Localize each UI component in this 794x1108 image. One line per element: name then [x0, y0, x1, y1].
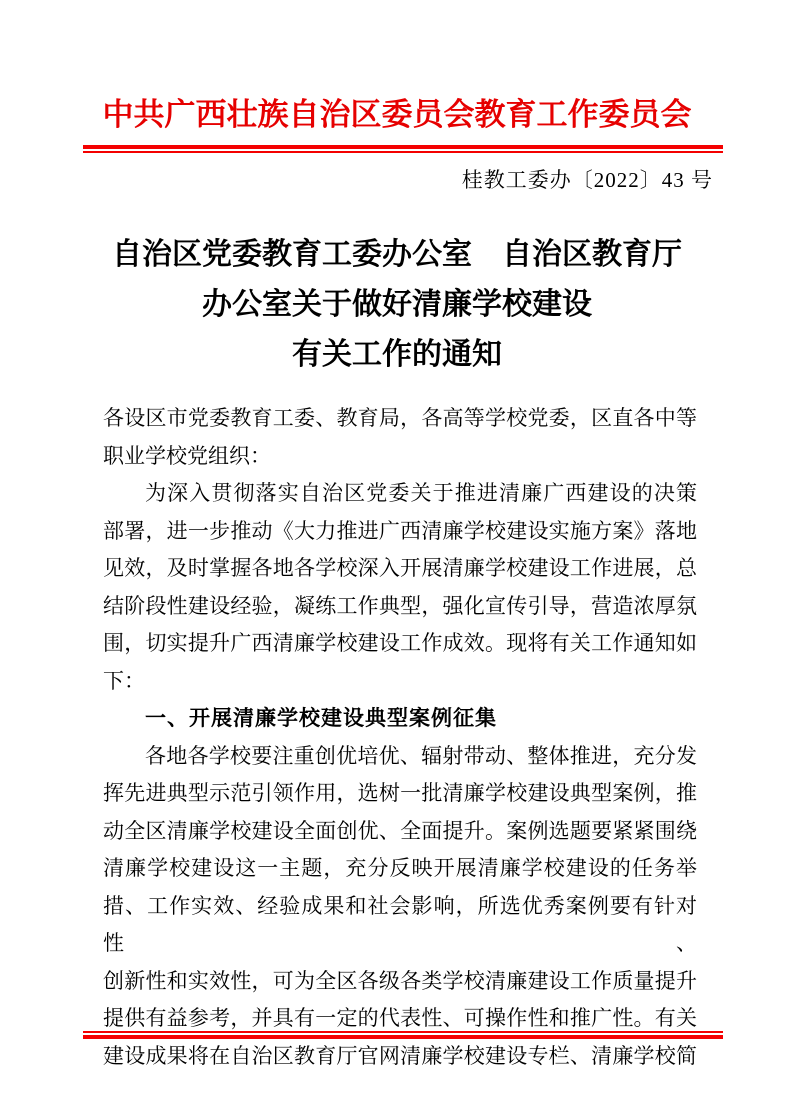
body-line: 动全区清廉学校建设全面创优、全面提升。案例选题要紧紧围绕 [103, 813, 697, 851]
body-line: 清廉学校建设这一主题，充分反映开展清廉学校建设的任务举 [103, 850, 697, 888]
red-separator-top-thin-bar [83, 151, 723, 153]
body-line: 结阶段性建设经验，凝练工作典型，强化宣传引导，营造浓厚氛 [103, 588, 697, 626]
section-heading: 一、开展清廉学校建设典型案例征集 [103, 700, 697, 738]
document-body: 各设区市党委教育工委、教育局，各高等学校党委，区直各中等 职业学校党组织： 为深… [103, 400, 697, 1075]
title-line-1: 自治区党委教育工委办公室 自治区教育厅 [0, 230, 794, 280]
body-line: 措、工作实效、经验成果和社会影响，所选优秀案例要有针对性、 [103, 888, 697, 963]
body-line: 创新性和实效性，可为全区各级各类学校清廉建设工作质量提升 [103, 963, 697, 1001]
title-line-3: 有关工作的通知 [0, 330, 794, 380]
body-line: 见效，及时掌握各地各学校深入开展清廉学校建设工作进展，总 [103, 550, 697, 588]
issuer-name: 中共广西壮族自治区委员会教育工作委员会 [0, 89, 794, 134]
body-line: 挥先进典型示范引领作用，选树一批清廉学校建设典型案例，推 [103, 775, 697, 813]
body-line: 下： [103, 663, 697, 701]
red-separator-bottom [83, 1031, 723, 1039]
body-line: 职业学校党组织： [103, 438, 697, 476]
title-line-2: 办公室关于做好清廉学校建设 [0, 280, 794, 330]
body-line: 各设区市党委教育工委、教育局，各高等学校党委，区直各中等 [103, 400, 697, 438]
document-page: 中共广西壮族自治区委员会教育工作委员会 桂教工委办〔2022〕43 号 自治区党… [0, 0, 794, 1108]
body-line: 围，切实提升广西清廉学校建设工作成效。现将有关工作通知如 [103, 625, 697, 663]
body-line: 为深入贯彻落实自治区党委关于推进清廉广西建设的决策 [103, 475, 697, 513]
red-separator-top [83, 145, 723, 153]
body-line: 部署，进一步推动《大力推进广西清廉学校建设实施方案》落地 [103, 513, 697, 551]
document-title: 自治区党委教育工委办公室 自治区教育厅 办公室关于做好清廉学校建设 有关工作的通… [0, 230, 794, 380]
body-line: 各地各学校要注重创优培优、辐射带动、整体推进，充分发 [103, 738, 697, 776]
body-line: 建设成果将在自治区教育厅官网清廉学校建设专栏、清廉学校简 [103, 1038, 697, 1076]
document-number: 桂教工委办〔2022〕43 号 [0, 164, 713, 194]
red-separator-bottom-thick-bar [83, 1035, 723, 1039]
